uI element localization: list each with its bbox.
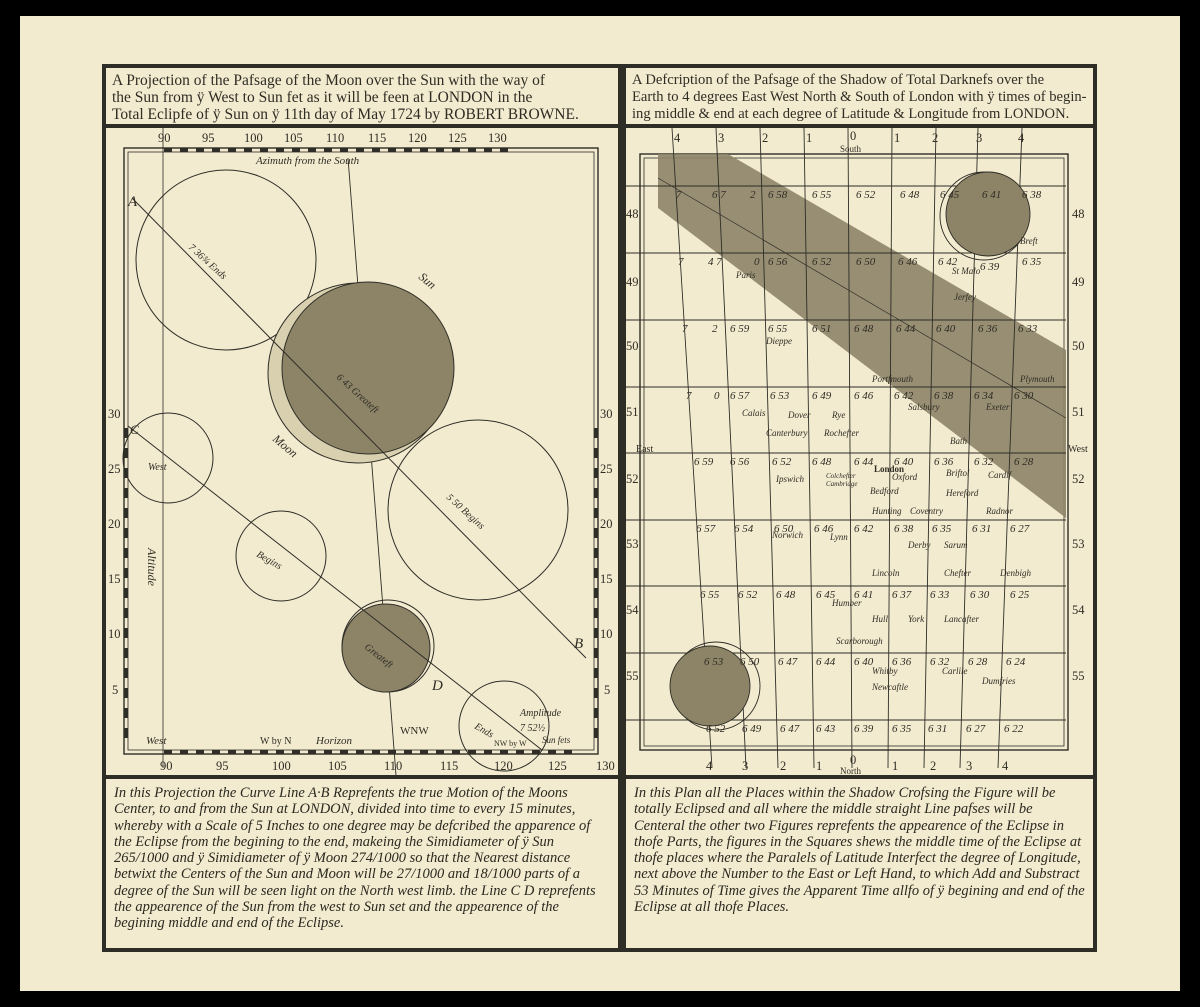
svg-text:7: 7 bbox=[682, 323, 688, 335]
svg-text:6 56: 6 56 bbox=[730, 456, 750, 468]
svg-text:6 49: 6 49 bbox=[742, 723, 762, 735]
svg-text:6 38: 6 38 bbox=[934, 390, 954, 402]
right-panel-title: A Defcription of the Pafsage of the Shad… bbox=[626, 68, 1093, 126]
svg-text:Plymouth: Plymouth bbox=[1019, 374, 1055, 384]
svg-text:Bath: Bath bbox=[950, 436, 967, 446]
svg-text:52: 52 bbox=[626, 472, 639, 486]
svg-text:6 33: 6 33 bbox=[930, 589, 950, 601]
svg-text:4 7: 4 7 bbox=[708, 256, 722, 268]
svg-text:Dumfries: Dumfries bbox=[981, 676, 1016, 686]
svg-text:6 36: 6 36 bbox=[978, 323, 998, 335]
svg-text:Lynn: Lynn bbox=[829, 532, 848, 542]
svg-text:Calais: Calais bbox=[742, 408, 766, 418]
svg-text:20: 20 bbox=[108, 517, 121, 531]
svg-text:6 46: 6 46 bbox=[854, 390, 874, 402]
svg-text:54: 54 bbox=[1072, 603, 1085, 617]
altitude-label: Altitude bbox=[145, 547, 159, 587]
svg-text:30: 30 bbox=[600, 407, 613, 421]
svg-text:6 47: 6 47 bbox=[780, 723, 800, 735]
nw-by-w-label: NW by W bbox=[494, 739, 527, 748]
svg-text:6 46: 6 46 bbox=[898, 256, 918, 268]
left-title-line-3: Total Eclipfe of ÿ Sun on ÿ 11th day of … bbox=[112, 106, 612, 123]
svg-text:115: 115 bbox=[368, 131, 386, 145]
svg-text:10: 10 bbox=[600, 627, 613, 641]
svg-text:6 38: 6 38 bbox=[894, 523, 914, 535]
svg-text:North: North bbox=[840, 766, 861, 775]
svg-text:6 59: 6 59 bbox=[730, 323, 750, 335]
svg-text:6 45: 6 45 bbox=[940, 189, 960, 201]
amplitude-label: Amplitude bbox=[519, 708, 562, 719]
svg-text:Rochefter: Rochefter bbox=[823, 428, 859, 438]
svg-text:130: 130 bbox=[596, 759, 615, 773]
svg-text:Canterbury: Canterbury bbox=[766, 428, 808, 438]
point-d-label: D bbox=[431, 678, 443, 694]
svg-text:6 31: 6 31 bbox=[928, 723, 947, 735]
svg-text:52: 52 bbox=[1072, 472, 1085, 486]
svg-text:6 51: 6 51 bbox=[812, 323, 831, 335]
svg-text:6 37: 6 37 bbox=[892, 589, 912, 601]
svg-text:6 52: 6 52 bbox=[706, 723, 726, 735]
svg-text:7: 7 bbox=[678, 256, 684, 268]
svg-text:Derby: Derby bbox=[907, 540, 931, 550]
svg-text:5: 5 bbox=[112, 683, 118, 697]
svg-text:6 33: 6 33 bbox=[1018, 323, 1038, 335]
svg-text:51: 51 bbox=[1072, 405, 1085, 419]
svg-text:South: South bbox=[840, 144, 862, 154]
sun-sets-label: Sun fets bbox=[542, 735, 571, 745]
svg-text:Scarborough: Scarborough bbox=[836, 636, 883, 646]
svg-text:6 52: 6 52 bbox=[856, 189, 876, 201]
svg-text:6 28: 6 28 bbox=[1014, 456, 1034, 468]
svg-text:Newcaftle: Newcaftle bbox=[871, 682, 908, 692]
svg-text:95: 95 bbox=[202, 131, 215, 145]
svg-text:Cambridge: Cambridge bbox=[826, 480, 858, 488]
svg-text:53: 53 bbox=[626, 537, 639, 551]
svg-text:6 44: 6 44 bbox=[816, 656, 836, 668]
svg-text:Coventry: Coventry bbox=[910, 506, 943, 516]
svg-text:6 44: 6 44 bbox=[854, 456, 874, 468]
svg-text:6 57: 6 57 bbox=[696, 523, 716, 535]
svg-text:25: 25 bbox=[108, 462, 121, 476]
svg-text:Denbigh: Denbigh bbox=[999, 568, 1031, 578]
svg-text:20: 20 bbox=[600, 517, 613, 531]
svg-text:0: 0 bbox=[754, 256, 760, 268]
svg-text:6 59: 6 59 bbox=[694, 456, 714, 468]
svg-text:2: 2 bbox=[932, 131, 938, 145]
svg-text:3: 3 bbox=[976, 131, 982, 145]
svg-text:54: 54 bbox=[626, 603, 639, 617]
left-panel-title: A Projection of the Pafsage of the Moon … bbox=[106, 68, 618, 126]
svg-text:Portfmouth: Portfmouth bbox=[871, 374, 914, 384]
svg-text:6 30: 6 30 bbox=[1014, 390, 1034, 402]
svg-text:Jerfey: Jerfey bbox=[954, 292, 976, 302]
svg-text:Humber: Humber bbox=[831, 598, 862, 608]
top-azimuth-ticks: 90 95 100 105 110 115 120 125 130 bbox=[158, 131, 507, 145]
svg-text:125: 125 bbox=[448, 131, 467, 145]
svg-text:55: 55 bbox=[626, 669, 639, 683]
svg-text:2: 2 bbox=[762, 131, 768, 145]
svg-text:7: 7 bbox=[686, 390, 692, 402]
left-panel-caption: In this Projection the Curve Line A·B Re… bbox=[106, 779, 618, 948]
svg-text:Paris: Paris bbox=[735, 270, 756, 280]
svg-text:Bedford: Bedford bbox=[870, 486, 899, 496]
svg-text:1: 1 bbox=[892, 759, 898, 773]
svg-text:6 40: 6 40 bbox=[936, 323, 956, 335]
right-title-line-2: Earth to 4 degrees East West North & Sou… bbox=[632, 89, 1087, 106]
svg-text:50: 50 bbox=[1072, 339, 1085, 353]
svg-text:St Malo: St Malo bbox=[952, 266, 981, 276]
svg-text:49: 49 bbox=[626, 275, 639, 289]
svg-text:125: 125 bbox=[548, 759, 567, 773]
svg-text:6 28: 6 28 bbox=[968, 656, 988, 668]
svg-text:3: 3 bbox=[966, 759, 972, 773]
svg-text:Salsbury: Salsbury bbox=[908, 402, 940, 412]
svg-text:6 39: 6 39 bbox=[854, 723, 874, 735]
svg-text:4: 4 bbox=[1002, 759, 1009, 773]
svg-text:6 57: 6 57 bbox=[730, 390, 750, 402]
svg-text:6 47: 6 47 bbox=[778, 656, 798, 668]
eclipse-projection-diagram: 90 95 100 105 110 115 120 125 130 90 95 … bbox=[106, 128, 618, 775]
svg-text:2: 2 bbox=[750, 189, 756, 201]
svg-text:6 55: 6 55 bbox=[768, 323, 788, 335]
svg-text:1: 1 bbox=[894, 131, 900, 145]
svg-text:6 41: 6 41 bbox=[982, 189, 1001, 201]
svg-text:6 44: 6 44 bbox=[896, 323, 916, 335]
svg-text:Hereford: Hereford bbox=[945, 488, 979, 498]
svg-text:3: 3 bbox=[742, 759, 748, 773]
svg-text:Dieppe: Dieppe bbox=[765, 336, 792, 346]
svg-text:49: 49 bbox=[1072, 275, 1085, 289]
svg-text:6 50: 6 50 bbox=[740, 656, 760, 668]
svg-text:25: 25 bbox=[600, 462, 613, 476]
svg-text:6 40: 6 40 bbox=[854, 656, 874, 668]
west-horizon-label: West bbox=[146, 735, 167, 747]
svg-text:6 38: 6 38 bbox=[1022, 189, 1042, 201]
svg-text:6 22: 6 22 bbox=[1004, 723, 1024, 735]
svg-text:6 48: 6 48 bbox=[854, 323, 874, 335]
svg-text:7: 7 bbox=[676, 189, 682, 201]
wnw-label: WNW bbox=[400, 725, 429, 737]
svg-text:6 52: 6 52 bbox=[812, 256, 832, 268]
svg-text:1: 1 bbox=[816, 759, 822, 773]
svg-text:6 55: 6 55 bbox=[700, 589, 720, 601]
point-c-label: C bbox=[130, 422, 139, 437]
svg-text:6 42: 6 42 bbox=[854, 523, 874, 535]
svg-text:48: 48 bbox=[1072, 207, 1085, 221]
svg-text:110: 110 bbox=[384, 759, 402, 773]
azimuth-label: Azimuth from the South bbox=[255, 155, 360, 167]
svg-text:6 35: 6 35 bbox=[892, 723, 912, 735]
svg-text:Ipswich: Ipswich bbox=[775, 474, 804, 484]
svg-text:6 39: 6 39 bbox=[980, 261, 1000, 273]
svg-text:Carlile: Carlile bbox=[942, 666, 968, 676]
svg-text:130: 130 bbox=[488, 131, 507, 145]
svg-text:0: 0 bbox=[850, 129, 856, 143]
svg-text:100: 100 bbox=[272, 759, 291, 773]
svg-text:51: 51 bbox=[626, 405, 639, 419]
svg-text:5: 5 bbox=[604, 683, 610, 697]
svg-text:Lancafter: Lancafter bbox=[943, 614, 979, 624]
svg-text:Lincoln: Lincoln bbox=[871, 568, 900, 578]
svg-text:Chefter: Chefter bbox=[944, 568, 971, 578]
svg-text:6 31: 6 31 bbox=[972, 523, 991, 535]
svg-text:6 25: 6 25 bbox=[1010, 589, 1030, 601]
svg-text:2: 2 bbox=[930, 759, 936, 773]
svg-text:Briftol: Briftol bbox=[946, 468, 970, 478]
svg-text:Dover: Dover bbox=[787, 410, 811, 420]
svg-text:15: 15 bbox=[600, 572, 613, 586]
svg-text:6 48: 6 48 bbox=[776, 589, 796, 601]
svg-text:Norwich: Norwich bbox=[771, 530, 804, 540]
svg-text:0: 0 bbox=[714, 390, 720, 402]
shadow-path-map: 4 3 2 1 0 South 1 2 3 4 4 3 2 1 0 North … bbox=[626, 128, 1093, 775]
svg-text:6 53: 6 53 bbox=[704, 656, 724, 668]
right-title-line-3: ing middle & end at each degree of Latit… bbox=[632, 106, 1087, 123]
svg-text:6 52: 6 52 bbox=[738, 589, 758, 601]
svg-text:Cardif: Cardif bbox=[988, 470, 1013, 480]
svg-text:6 54: 6 54 bbox=[734, 523, 754, 535]
svg-text:6 42: 6 42 bbox=[894, 390, 914, 402]
svg-text:15: 15 bbox=[108, 572, 121, 586]
svg-text:6 35: 6 35 bbox=[932, 523, 952, 535]
svg-text:6 49: 6 49 bbox=[812, 390, 832, 402]
horizon-label: Horizon bbox=[315, 735, 353, 747]
svg-text:6 27: 6 27 bbox=[966, 723, 986, 735]
svg-text:York: York bbox=[908, 614, 925, 624]
svg-text:100: 100 bbox=[244, 131, 263, 145]
right-title-line-1: A Defcription of the Pafsage of the Shad… bbox=[632, 72, 1087, 89]
svg-text:6 48: 6 48 bbox=[812, 456, 832, 468]
west-circle-label: West bbox=[148, 462, 167, 473]
svg-text:3: 3 bbox=[718, 131, 724, 145]
amplitude-value: 7 52½ bbox=[520, 723, 546, 734]
svg-text:55: 55 bbox=[1072, 669, 1085, 683]
svg-text:Breft: Breft bbox=[1020, 236, 1038, 246]
svg-text:48: 48 bbox=[626, 207, 639, 221]
svg-text:30: 30 bbox=[108, 407, 121, 421]
svg-text:6 7: 6 7 bbox=[712, 189, 726, 201]
svg-text:6 50: 6 50 bbox=[856, 256, 876, 268]
svg-text:Sarum: Sarum bbox=[944, 540, 968, 550]
svg-text:1: 1 bbox=[806, 131, 812, 145]
svg-text:Hull: Hull bbox=[871, 614, 889, 624]
svg-text:6 52: 6 52 bbox=[772, 456, 792, 468]
svg-text:6 24: 6 24 bbox=[1006, 656, 1026, 668]
svg-text:Oxford: Oxford bbox=[892, 472, 918, 482]
svg-text:90: 90 bbox=[158, 131, 171, 145]
svg-text:6 56: 6 56 bbox=[768, 256, 788, 268]
left-title-line-2: the Sun from ÿ West to Sun fet as it wil… bbox=[112, 89, 612, 106]
svg-text:6 53: 6 53 bbox=[770, 390, 790, 402]
svg-text:6 35: 6 35 bbox=[1022, 256, 1042, 268]
svg-text:6 48: 6 48 bbox=[900, 189, 920, 201]
svg-text:105: 105 bbox=[328, 759, 347, 773]
point-a-label: A bbox=[127, 194, 138, 210]
svg-text:115: 115 bbox=[440, 759, 458, 773]
svg-text:50: 50 bbox=[626, 339, 639, 353]
svg-text:95: 95 bbox=[216, 759, 229, 773]
svg-text:Exeter: Exeter bbox=[985, 402, 1010, 412]
svg-text:105: 105 bbox=[284, 131, 303, 145]
svg-text:2: 2 bbox=[712, 323, 718, 335]
svg-text:4: 4 bbox=[674, 131, 681, 145]
svg-text:Hunting: Hunting bbox=[871, 506, 902, 516]
svg-text:6 34: 6 34 bbox=[974, 390, 994, 402]
point-b-label: B bbox=[574, 636, 583, 652]
left-title-line-1: A Projection of the Pafsage of the Moon … bbox=[112, 72, 612, 89]
svg-text:6 43: 6 43 bbox=[816, 723, 836, 735]
svg-text:Rye: Rye bbox=[831, 410, 845, 420]
svg-text:6 32: 6 32 bbox=[974, 456, 994, 468]
svg-text:2: 2 bbox=[780, 759, 786, 773]
svg-text:6 58: 6 58 bbox=[768, 189, 788, 201]
right-panel-caption: In this Plan all the Places within the S… bbox=[626, 779, 1093, 948]
svg-text:120: 120 bbox=[408, 131, 427, 145]
svg-text:6 27: 6 27 bbox=[1010, 523, 1030, 535]
svg-text:Colchefter: Colchefter bbox=[826, 472, 856, 480]
svg-text:110: 110 bbox=[326, 131, 344, 145]
svg-text:6 55: 6 55 bbox=[812, 189, 832, 201]
west-label: West bbox=[1068, 444, 1088, 455]
svg-text:Whitby: Whitby bbox=[872, 666, 898, 676]
svg-text:6 30: 6 30 bbox=[970, 589, 990, 601]
w-by-n-label: W by N bbox=[260, 736, 291, 747]
svg-text:90: 90 bbox=[160, 759, 173, 773]
svg-text:Radnor: Radnor bbox=[985, 506, 1013, 516]
svg-text:0: 0 bbox=[850, 753, 856, 767]
svg-text:53: 53 bbox=[1072, 537, 1085, 551]
svg-text:10: 10 bbox=[108, 627, 121, 641]
svg-text:6 36: 6 36 bbox=[934, 456, 954, 468]
